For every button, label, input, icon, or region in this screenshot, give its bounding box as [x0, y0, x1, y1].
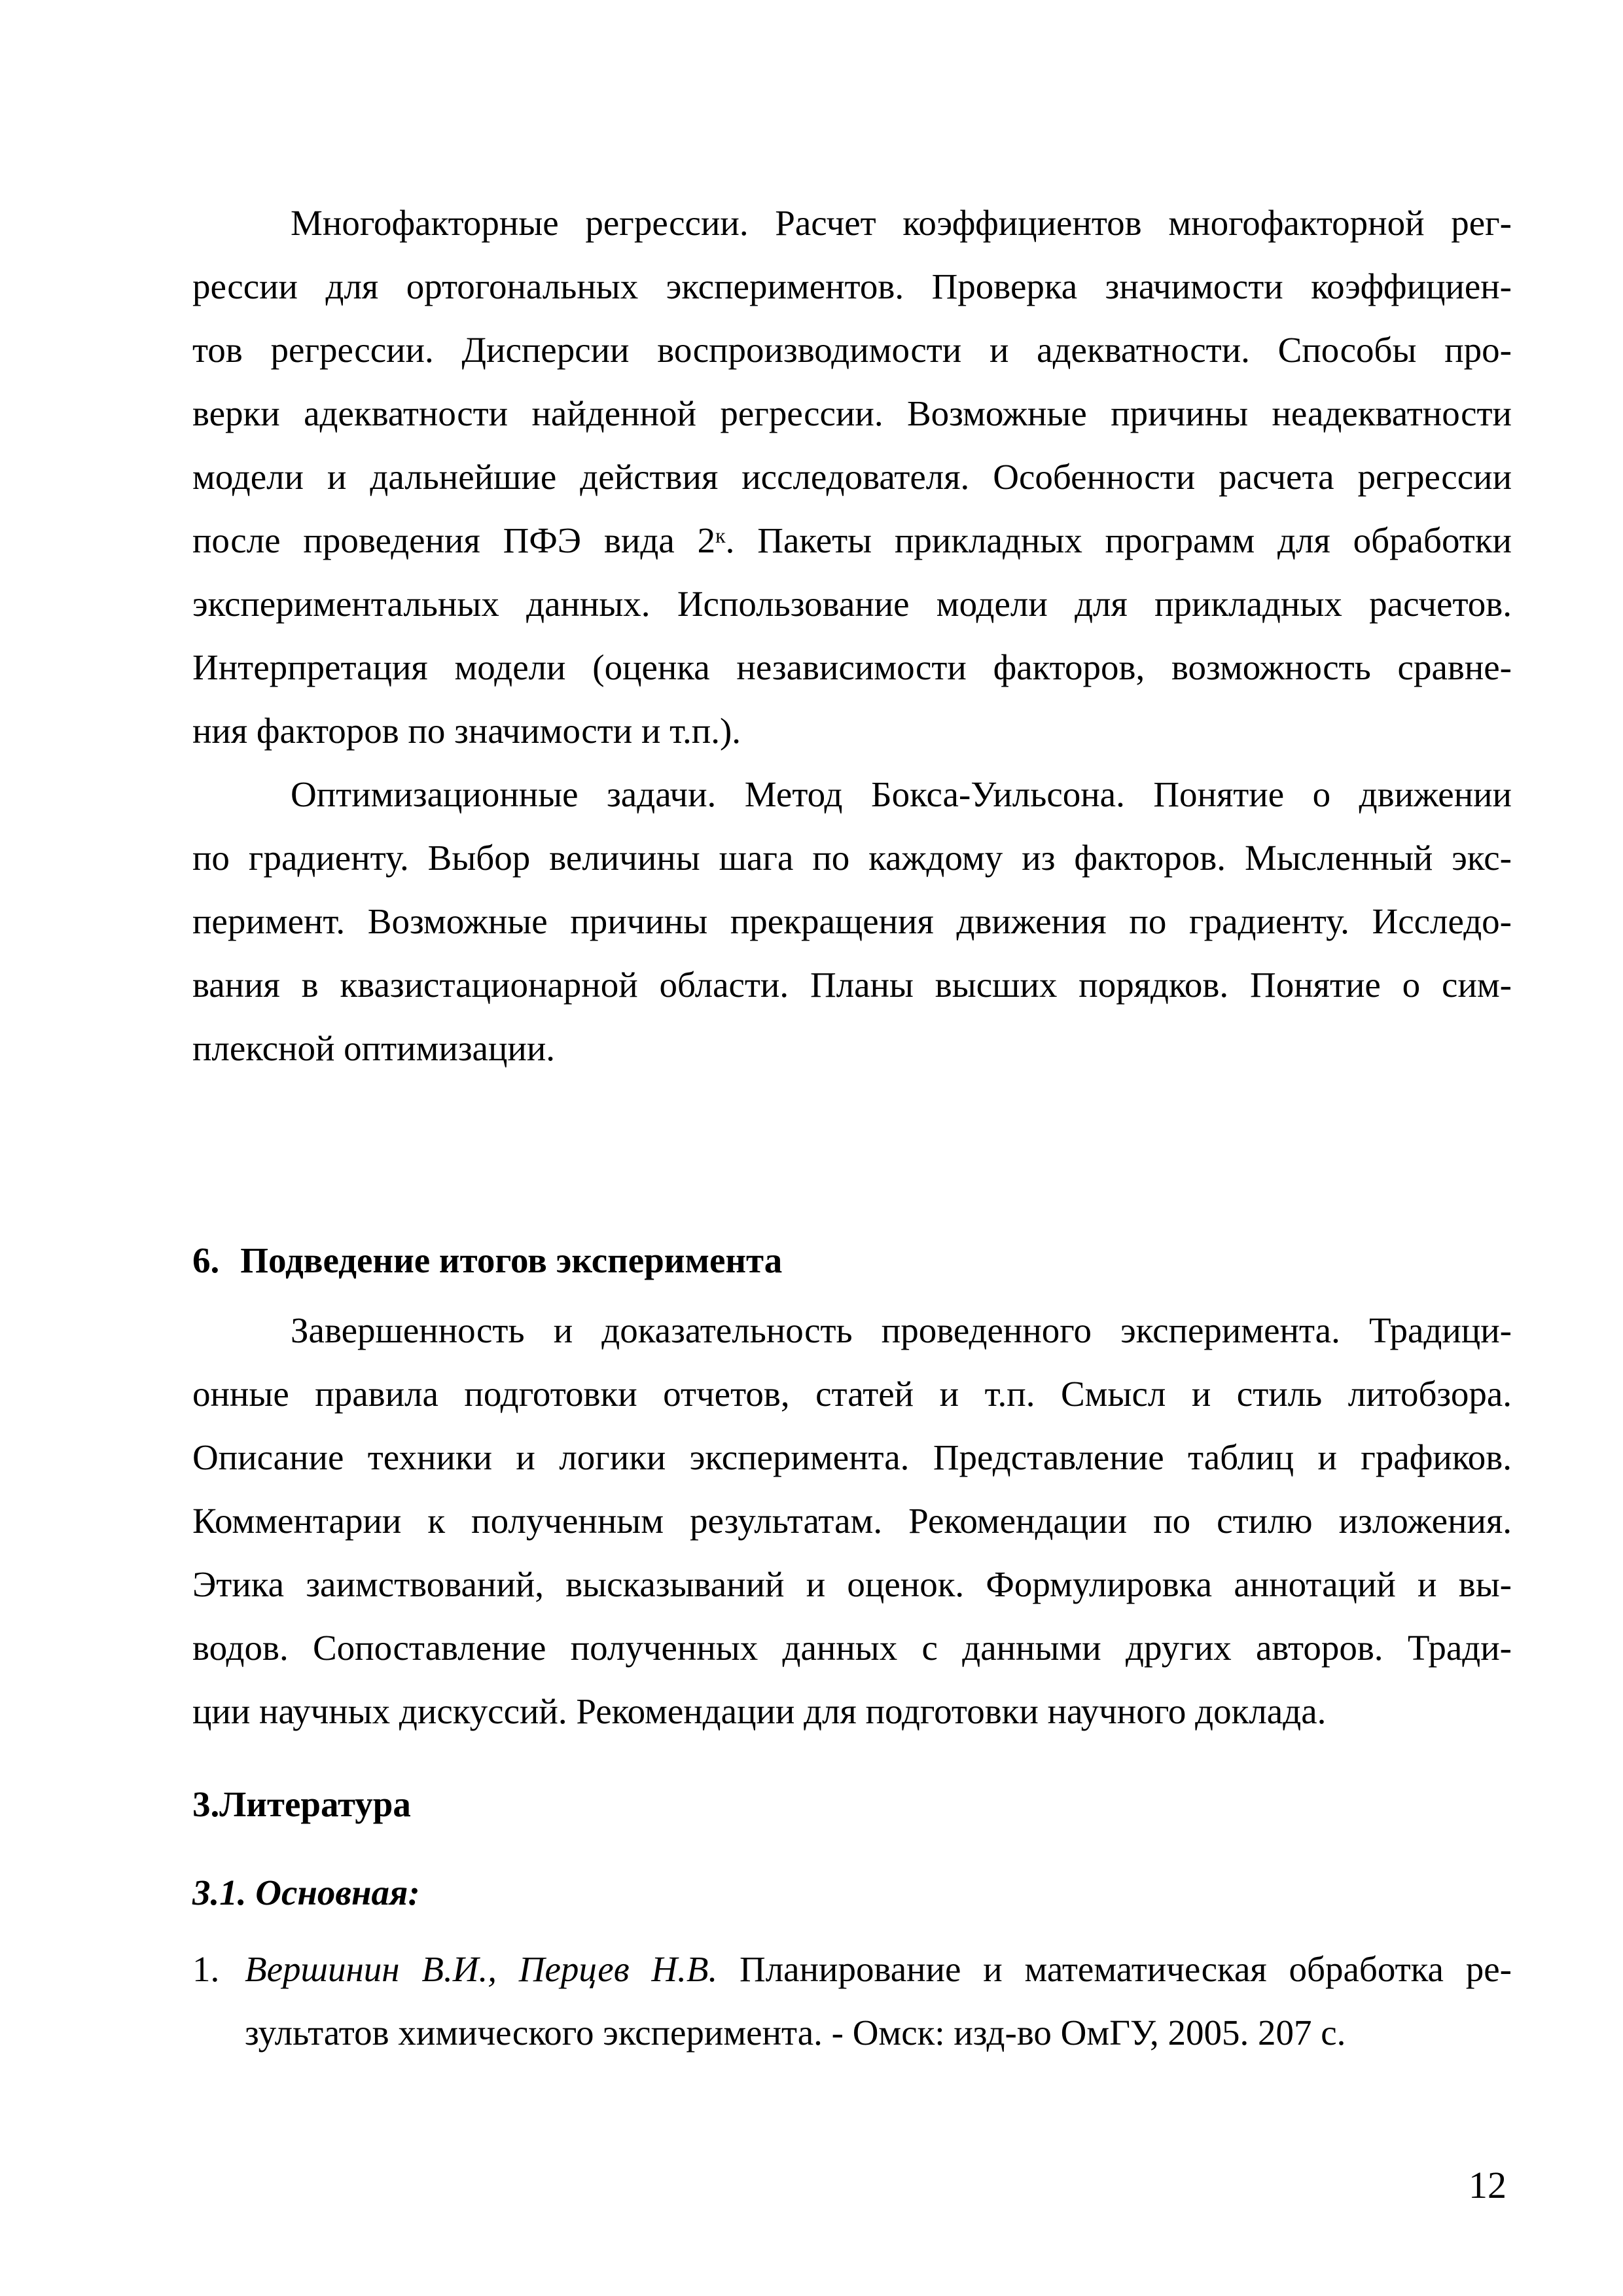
- text-segment: модели и дальнейшие действия исследовате…: [192, 457, 1512, 497]
- text-segment: экспериментальных данных. Использование …: [192, 584, 1512, 624]
- text-line: после проведения ПФЭ вида 2к. Пакеты при…: [192, 509, 1512, 572]
- text-line: водов. Сопоставление полученных данных с…: [192, 1616, 1512, 1679]
- text-segment: Многофакторные регрессии. Расчет коэффиц…: [291, 203, 1512, 243]
- text-line: онные правила подготовки отчетов, статей…: [192, 1362, 1512, 1426]
- text-line: ния факторов по значимости и т.п.).: [192, 699, 1512, 762]
- text-segment: онные правила подготовки отчетов, статей…: [192, 1374, 1512, 1414]
- text-segment: после проведения ПФЭ вида 2: [192, 520, 715, 560]
- text-line: Оптимизационные задачи. Метод Бокса-Уиль…: [192, 762, 1512, 826]
- heading-main-literature: 3.1. Основная:: [192, 1861, 1512, 1924]
- text-segment: перимент. Возможные причины прекращения …: [192, 901, 1512, 941]
- text-segment: тов регрессии. Дисперсии воспроизводимос…: [192, 330, 1512, 370]
- heading-literature: 3.Литература: [192, 1772, 1512, 1836]
- text-segment: вания в квазистационарной области. Планы…: [192, 965, 1512, 1005]
- text-line: Завершенность и доказательность проведен…: [192, 1299, 1512, 1362]
- text-line: Описание техники и логики эксперимента. …: [192, 1426, 1512, 1489]
- section-heading-6: 6.Подведение итогов эксперимента: [192, 1229, 1512, 1292]
- text-line: Многофакторные регрессии. Расчет коэффиц…: [192, 191, 1512, 255]
- text-segment: верки адекватности найденной регрессии. …: [192, 393, 1512, 433]
- reference-text: Вершинин В.И., Перцев Н.В. Планирование …: [245, 1937, 1512, 2064]
- text-segment: зультатов химического эксперимента. - Ом…: [245, 2013, 1346, 2053]
- text-line: Комментарии к полученным результатам. Ре…: [192, 1489, 1512, 1552]
- text-segment: Завершенность и доказательность проведен…: [291, 1310, 1512, 1350]
- paragraph-optimization-tasks: Оптимизационные задачи. Метод Бокса-Уиль…: [192, 762, 1512, 1080]
- italic-text: Вершинин В.И., Перцев Н.В.: [245, 1949, 717, 1989]
- text-line: тов регрессии. Дисперсии воспроизводимос…: [192, 318, 1512, 382]
- text-line: плексной оптимизации.: [192, 1016, 1512, 1080]
- text-line: рессии для ортогональных экспериментов. …: [192, 255, 1512, 318]
- text-segment: Этика заимствований, высказываний и оцен…: [192, 1564, 1512, 1604]
- text-segment: Оптимизационные задачи. Метод Бокса-Уиль…: [291, 774, 1512, 814]
- text-line: верки адекватности найденной регрессии. …: [192, 382, 1512, 445]
- text-segment: плексной оптимизации.: [192, 1028, 555, 1068]
- page-number: 12: [1469, 2153, 1507, 2217]
- text-line: Вершинин В.И., Перцев Н.В. Планирование …: [245, 1937, 1512, 2001]
- text-line: Этика заимствований, высказываний и оцен…: [192, 1552, 1512, 1616]
- paragraph-experiment-summary: Завершенность и доказательность проведен…: [192, 1299, 1512, 1743]
- text-segment: Комментарии к полученным результатам. Ре…: [192, 1501, 1512, 1541]
- reference-marker: 1.: [192, 1937, 219, 2001]
- text-segment: по градиенту. Выбор величины шага по каж…: [192, 838, 1512, 878]
- text-line: ции научных дискуссий. Рекомендации для …: [192, 1679, 1512, 1743]
- text-segment: Интерпретация модели (оценка независимос…: [192, 647, 1512, 687]
- text-line: по градиенту. Выбор величины шага по каж…: [192, 826, 1512, 889]
- text-segment: водов. Сопоставление полученных данных с…: [192, 1628, 1512, 1668]
- text-line: модели и дальнейшие действия исследовате…: [192, 445, 1512, 509]
- section-number: 6.: [192, 1240, 219, 1280]
- paragraph-multifactor-regression: Многофакторные регрессии. Расчет коэффиц…: [192, 191, 1512, 762]
- section-title: Подведение итогов эксперимента: [240, 1240, 782, 1280]
- superscript-text: к: [715, 524, 726, 547]
- text-line: вания в квазистационарной области. Планы…: [192, 953, 1512, 1016]
- text-segment: ния факторов по значимости и т.п.).: [192, 711, 741, 751]
- text-segment: ции научных дискуссий. Рекомендации для …: [192, 1691, 1326, 1731]
- text-line: Интерпретация модели (оценка независимос…: [192, 636, 1512, 699]
- text-segment: Планирование и математическая обработка …: [717, 1949, 1512, 1989]
- text-line: перимент. Возможные причины прекращения …: [192, 889, 1512, 953]
- text-block: Многофакторные регрессии. Расчет коэффиц…: [192, 0, 1512, 2064]
- text-line: зультатов химического эксперимента. - Ом…: [245, 2001, 1512, 2064]
- reference-item-1: 1. Вершинин В.И., Перцев Н.В. Планирован…: [192, 1937, 1512, 2064]
- text-segment: . Пакеты прикладных программ для обработ…: [726, 520, 1512, 560]
- text-segment: рессии для ортогональных экспериментов. …: [192, 266, 1512, 306]
- document-page: Многофакторные регрессии. Расчет коэффиц…: [0, 0, 1623, 2296]
- text-line: экспериментальных данных. Использование …: [192, 572, 1512, 636]
- text-segment: Описание техники и логики эксперимента. …: [192, 1437, 1512, 1477]
